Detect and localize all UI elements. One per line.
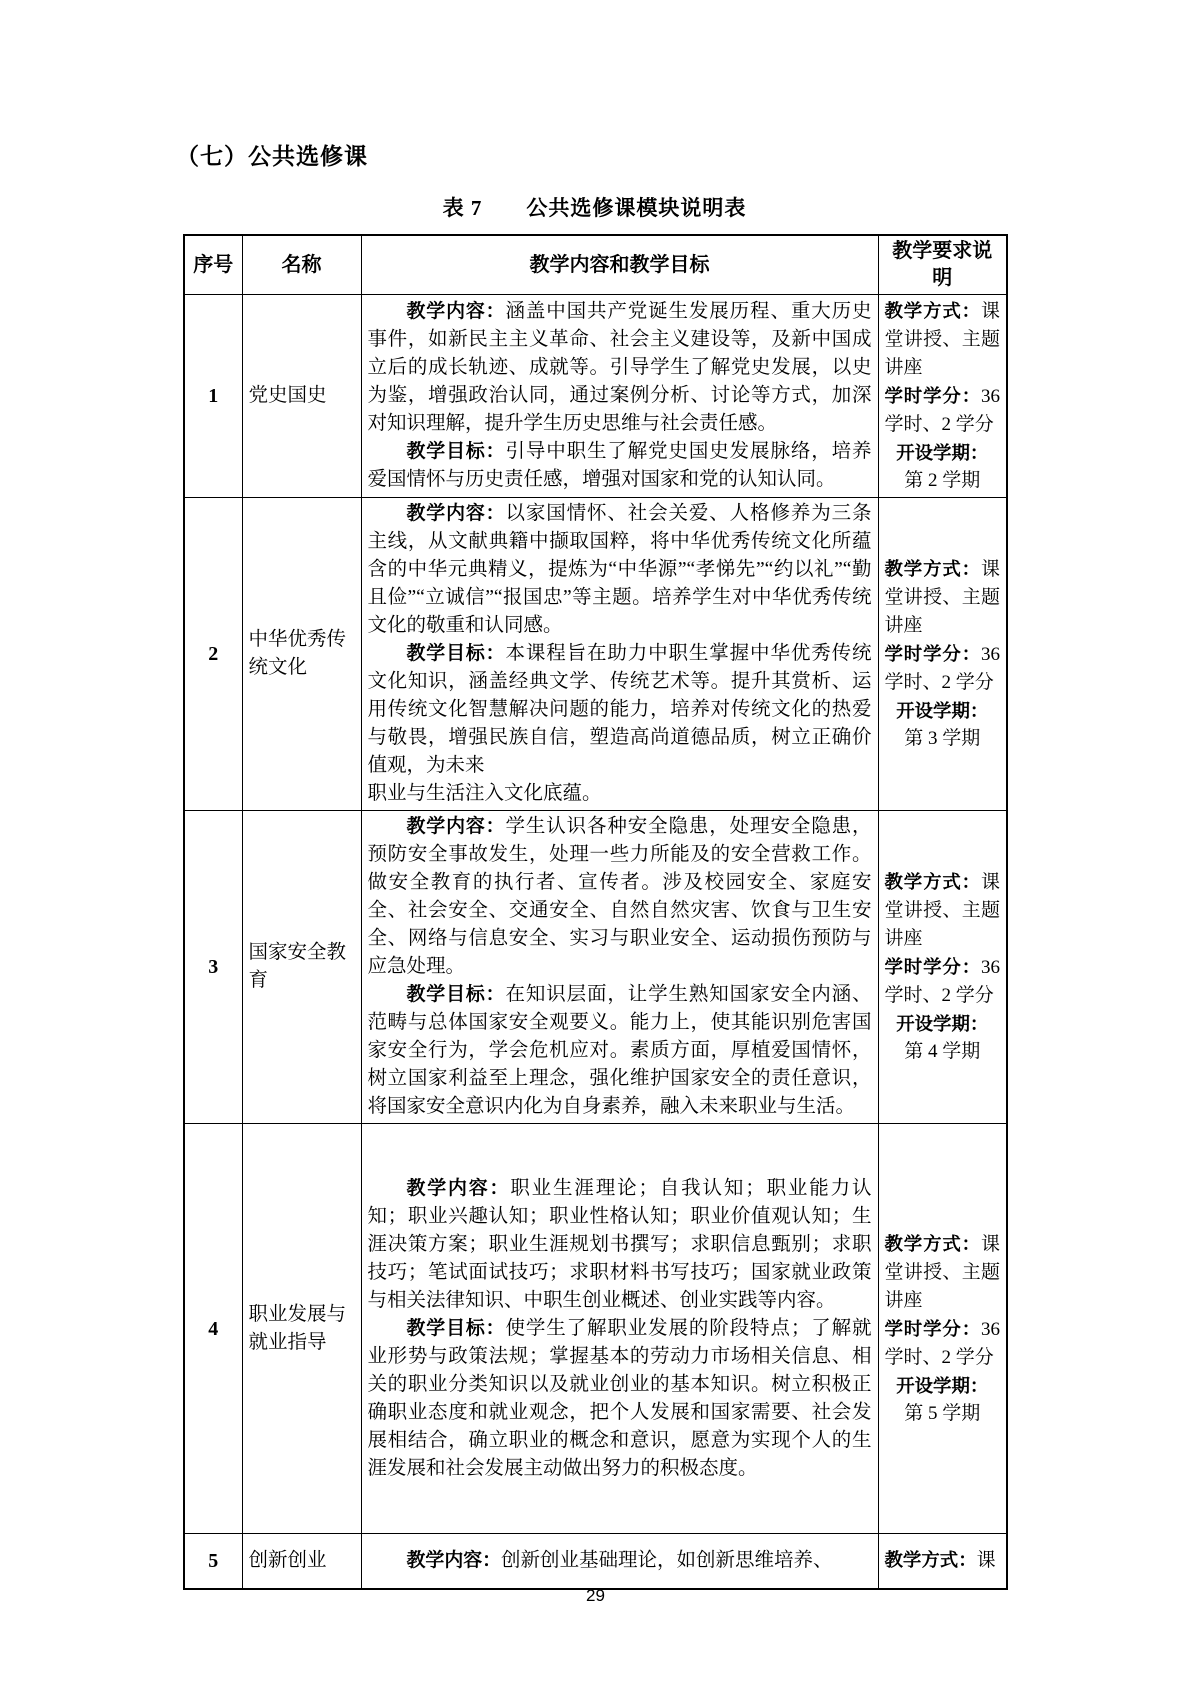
content-paragraph: 教学内容：涵盖中国共产党诞生发展历程、重大历史事件，如新民主主义革命、社会主义建…: [368, 298, 872, 438]
table-header-row: 序号 名称 教学内容和教学目标 教学要求说明: [184, 235, 1007, 295]
row-requirements: 教学方式：课堂讲授、主题讲座学时学分：36 学时、2 学分开设学期：第 5 学期: [878, 1124, 1007, 1534]
requirement-item: 教学方式：课堂讲授、主题讲座: [885, 868, 1001, 953]
row-requirements: 教学方式：课: [878, 1534, 1007, 1589]
content-paragraph: 教学内容：学生认识各种安全隐患，处理安全隐患，预防安全事故发生，处理一些力所能及…: [368, 813, 872, 981]
section-heading: （七）公共选修课: [176, 138, 368, 171]
field-label: 教学内容：: [407, 1178, 511, 1199]
requirement-item: 教学方式：课堂讲授、主题讲座: [885, 297, 1001, 382]
field-label: 开设学期：: [885, 439, 1001, 467]
header-name: 名称: [242, 235, 361, 295]
content-paragraph: 教学目标：使学生了解职业发展的阶段特点；了解就业形势与政策法规；掌握基本的劳动力…: [368, 1315, 872, 1483]
field-label: 教学方式：: [885, 1549, 977, 1570]
content-paragraph: 教学内容：创新创业基础理论，如创新思维培养、: [368, 1547, 872, 1575]
row-content: 教学内容：涵盖中国共产党诞生发展历程、重大历史事件，如新民主主义革命、社会主义建…: [361, 295, 878, 498]
row-name: 党史国史: [242, 295, 361, 498]
row-content: 教学内容：以家国情怀、社会关爱、人格修养为三条主线，从文献典籍中撷取国粹，将中华…: [361, 498, 878, 811]
field-label: 学时学分：: [885, 956, 982, 977]
field-label: 教学目标：: [407, 1318, 506, 1339]
requirement-item: 学时学分：36 学时、2 学分: [885, 953, 1001, 1010]
table-title: 表 7 公共选修课模块说明表: [183, 192, 1006, 222]
header-content: 教学内容和教学目标: [361, 235, 878, 295]
field-label: 教学方式：: [885, 300, 981, 321]
field-label: 教学内容：: [407, 301, 506, 322]
field-label: 教学方式：: [885, 1233, 981, 1254]
content-paragraph: 教学目标：引导中职生了解党史国史发展脉络，培养爱国情怀与历史责任感，增强对国家和…: [368, 438, 872, 494]
row-name: 中华优秀传统文化: [242, 498, 361, 811]
row-no: 1: [184, 295, 242, 498]
field-label: 教学方式：: [885, 871, 981, 892]
field-label: 教学目标：: [407, 643, 506, 664]
requirement-item: 开设学期：第 5 学期: [885, 1372, 1001, 1428]
row-name: 创新创业: [242, 1534, 361, 1589]
table-row: 3 国家安全教育 教学内容：学生认识各种安全隐患，处理安全隐患，预防安全事故发生…: [184, 811, 1007, 1124]
requirement-item: 教学方式：课: [885, 1546, 1001, 1575]
content-paragraph: 教学内容：以家国情怀、社会关爱、人格修养为三条主线，从文献典籍中撷取国粹，将中华…: [368, 500, 872, 640]
field-label: 学时学分：: [885, 385, 982, 406]
field-label: 开设学期：: [885, 1372, 1001, 1400]
table-row: 2 中华优秀传统文化 教学内容：以家国情怀、社会关爱、人格修养为三条主线，从文献…: [184, 498, 1007, 811]
content-paragraph: 职业与生活注入文化底蕴。: [368, 780, 872, 808]
row-no: 3: [184, 811, 242, 1124]
field-label: 开设学期：: [885, 697, 1001, 725]
field-label: 教学内容：: [407, 816, 506, 837]
row-requirements: 教学方式：课堂讲授、主题讲座学时学分：36 学时、2 学分开设学期：第 3 学期: [878, 498, 1007, 811]
requirement-item: 教学方式：课堂讲授、主题讲座: [885, 1230, 1001, 1315]
field-label: 教学方式：: [885, 558, 981, 579]
table-row: 5 创新创业 教学内容：创新创业基础理论，如创新思维培养、 教学方式：课: [184, 1534, 1007, 1589]
field-label: 教学目标：: [407, 441, 506, 462]
requirement-item: 开设学期：第 4 学期: [885, 1010, 1001, 1066]
row-name: 职业发展与就业指导: [242, 1124, 361, 1534]
row-no: 2: [184, 498, 242, 811]
requirement-item: 开设学期：第 3 学期: [885, 697, 1001, 753]
course-table-body: 1 党史国史 教学内容：涵盖中国共产党诞生发展历程、重大历史事件，如新民主主义革…: [184, 295, 1007, 1589]
table-row: 4 职业发展与就业指导 教学内容：职业生涯理论；自我认知；职业能力认知；职业兴趣…: [184, 1124, 1007, 1534]
content-paragraph: 教学目标：在知识层面，让学生熟知国家安全内涵、范畴与总体国家安全观要义。能力上，…: [368, 981, 872, 1121]
field-label: 学时学分：: [885, 1318, 982, 1339]
row-name: 国家安全教育: [242, 811, 361, 1124]
row-no: 5: [184, 1534, 242, 1589]
row-content: 教学内容：创新创业基础理论，如创新思维培养、: [361, 1534, 878, 1589]
field-label: 教学目标：: [407, 984, 506, 1005]
requirement-item: 学时学分：36 学时、2 学分: [885, 382, 1001, 439]
content-paragraph: 教学目标：本课程旨在助力中职生掌握中华优秀传统文化知识，涵盖经典文学、传统艺术等…: [368, 640, 872, 780]
requirement-item: 开设学期：第 2 学期: [885, 439, 1001, 495]
requirement-item: 学时学分：36 学时、2 学分: [885, 640, 1001, 697]
header-requirements: 教学要求说明: [878, 235, 1007, 295]
field-label: 教学内容：: [407, 1550, 502, 1571]
page-number: 29: [0, 1586, 1191, 1606]
document-page: （七）公共选修课 表 7 公共选修课模块说明表 序号 名称 教学内容和教学目标 …: [0, 0, 1191, 1684]
table-row: 1 党史国史 教学内容：涵盖中国共产党诞生发展历程、重大历史事件，如新民主主义革…: [184, 295, 1007, 498]
row-content: 教学内容：学生认识各种安全隐患，处理安全隐患，预防安全事故发生，处理一些力所能及…: [361, 811, 878, 1124]
field-label: 开设学期：: [885, 1010, 1001, 1038]
content-paragraph: 教学内容：职业生涯理论；自我认知；职业能力认知；职业兴趣认知；职业性格认知；职业…: [368, 1175, 872, 1315]
requirement-item: 教学方式：课堂讲授、主题讲座: [885, 555, 1001, 640]
row-requirements: 教学方式：课堂讲授、主题讲座学时学分：36 学时、2 学分开设学期：第 4 学期: [878, 811, 1007, 1124]
course-table: 序号 名称 教学内容和教学目标 教学要求说明 1 党史国史 教学内容：涵盖中国共…: [183, 234, 1008, 1590]
field-label: 教学内容：: [407, 503, 506, 524]
requirement-item: 学时学分：36 学时、2 学分: [885, 1315, 1001, 1372]
field-label: 学时学分：: [885, 643, 982, 664]
row-requirements: 教学方式：课堂讲授、主题讲座学时学分：36 学时、2 学分开设学期：第 2 学期: [878, 295, 1007, 498]
row-content: 教学内容：职业生涯理论；自我认知；职业能力认知；职业兴趣认知；职业性格认知；职业…: [361, 1124, 878, 1534]
header-no: 序号: [184, 235, 242, 295]
row-no: 4: [184, 1124, 242, 1534]
